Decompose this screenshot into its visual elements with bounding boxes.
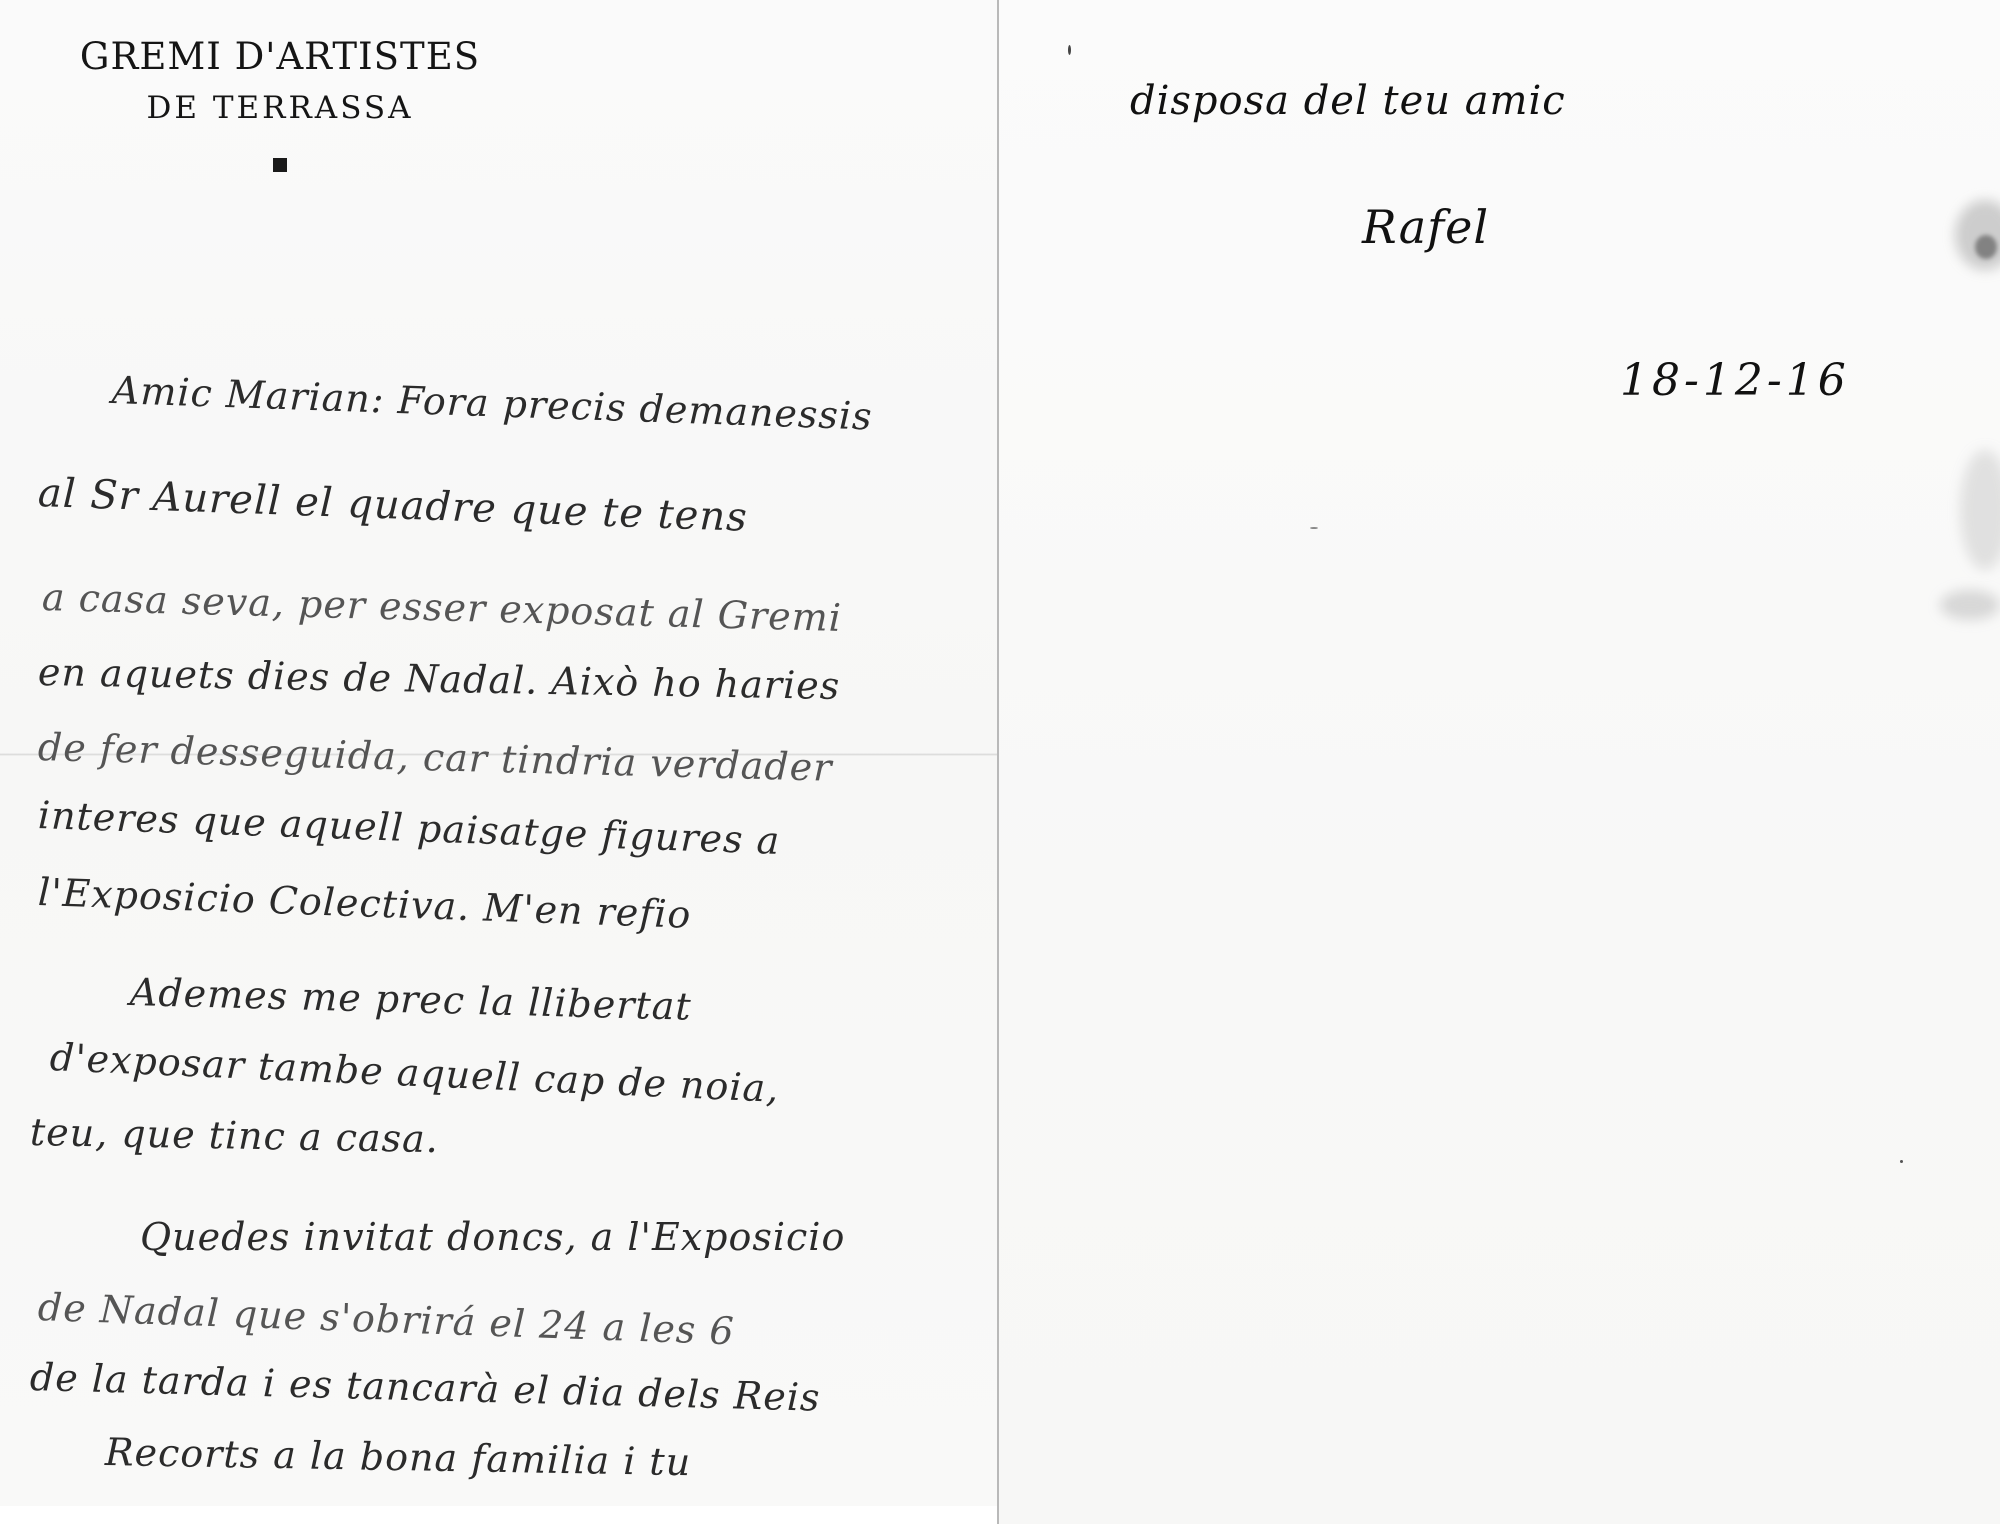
letterhead-subtitle: DE TERRASSA bbox=[0, 86, 560, 130]
ink-speck bbox=[1310, 527, 1318, 529]
letter-line-6: interes que aquell paisatge figures a bbox=[37, 793, 781, 863]
letter-line-9: d'exposar tambe aquell cap de noia, bbox=[49, 1035, 780, 1111]
signature: Rafel bbox=[1362, 200, 1489, 254]
letterhead: GREMI D'ARTISTES DE TERRASSA bbox=[0, 34, 560, 172]
letter-line-12: de Nadal que s'obrirá el 24 a les 6 bbox=[37, 1285, 735, 1353]
letter-date: 18-12-16 bbox=[1620, 355, 1850, 406]
letter-line-8: Ademes me prec la llibertat bbox=[129, 970, 692, 1029]
scanned-letter: GREMI D'ARTISTES DE TERRASSA Amic Marian… bbox=[0, 0, 2000, 1524]
letter-line-7: l'Exposicio Colectiva. M'en refio bbox=[37, 870, 692, 937]
letter-line-14: Recorts a la bona familia i tu bbox=[105, 1430, 692, 1484]
paper-stain bbox=[1975, 235, 1997, 259]
letter-line-1: Amic Marian: Fora precis demanessis bbox=[111, 368, 873, 439]
left-page: GREMI D'ARTISTES DE TERRASSA Amic Marian… bbox=[0, 0, 997, 1506]
letter-line-4: en aquets dies de Nadal. Això ho haries bbox=[38, 650, 841, 708]
letter-line-3: a casa seva, per esser exposat al Gremi bbox=[41, 575, 842, 640]
letter-line-10: teu, que tinc a casa. bbox=[30, 1110, 440, 1161]
paper-stain bbox=[1940, 590, 2000, 620]
letter-line-5: de fer desseguida, car tindria verdader bbox=[37, 725, 833, 790]
emblem-square-icon bbox=[273, 158, 287, 172]
closing-line: disposa del teu amic bbox=[1130, 78, 1566, 124]
ink-speck bbox=[1068, 45, 1071, 55]
letter-line-11: Quedes invitat doncs, a l'Exposicio bbox=[140, 1215, 845, 1259]
letter-line-2: al Sr Aurell el quadre que te tens bbox=[37, 470, 748, 541]
ink-speck bbox=[1900, 1160, 1903, 1163]
right-page bbox=[999, 0, 2000, 1524]
letter-line-13: de la tarda i es tancarà el dia dels Rei… bbox=[29, 1355, 821, 1420]
letterhead-title: GREMI D'ARTISTES bbox=[0, 34, 560, 80]
